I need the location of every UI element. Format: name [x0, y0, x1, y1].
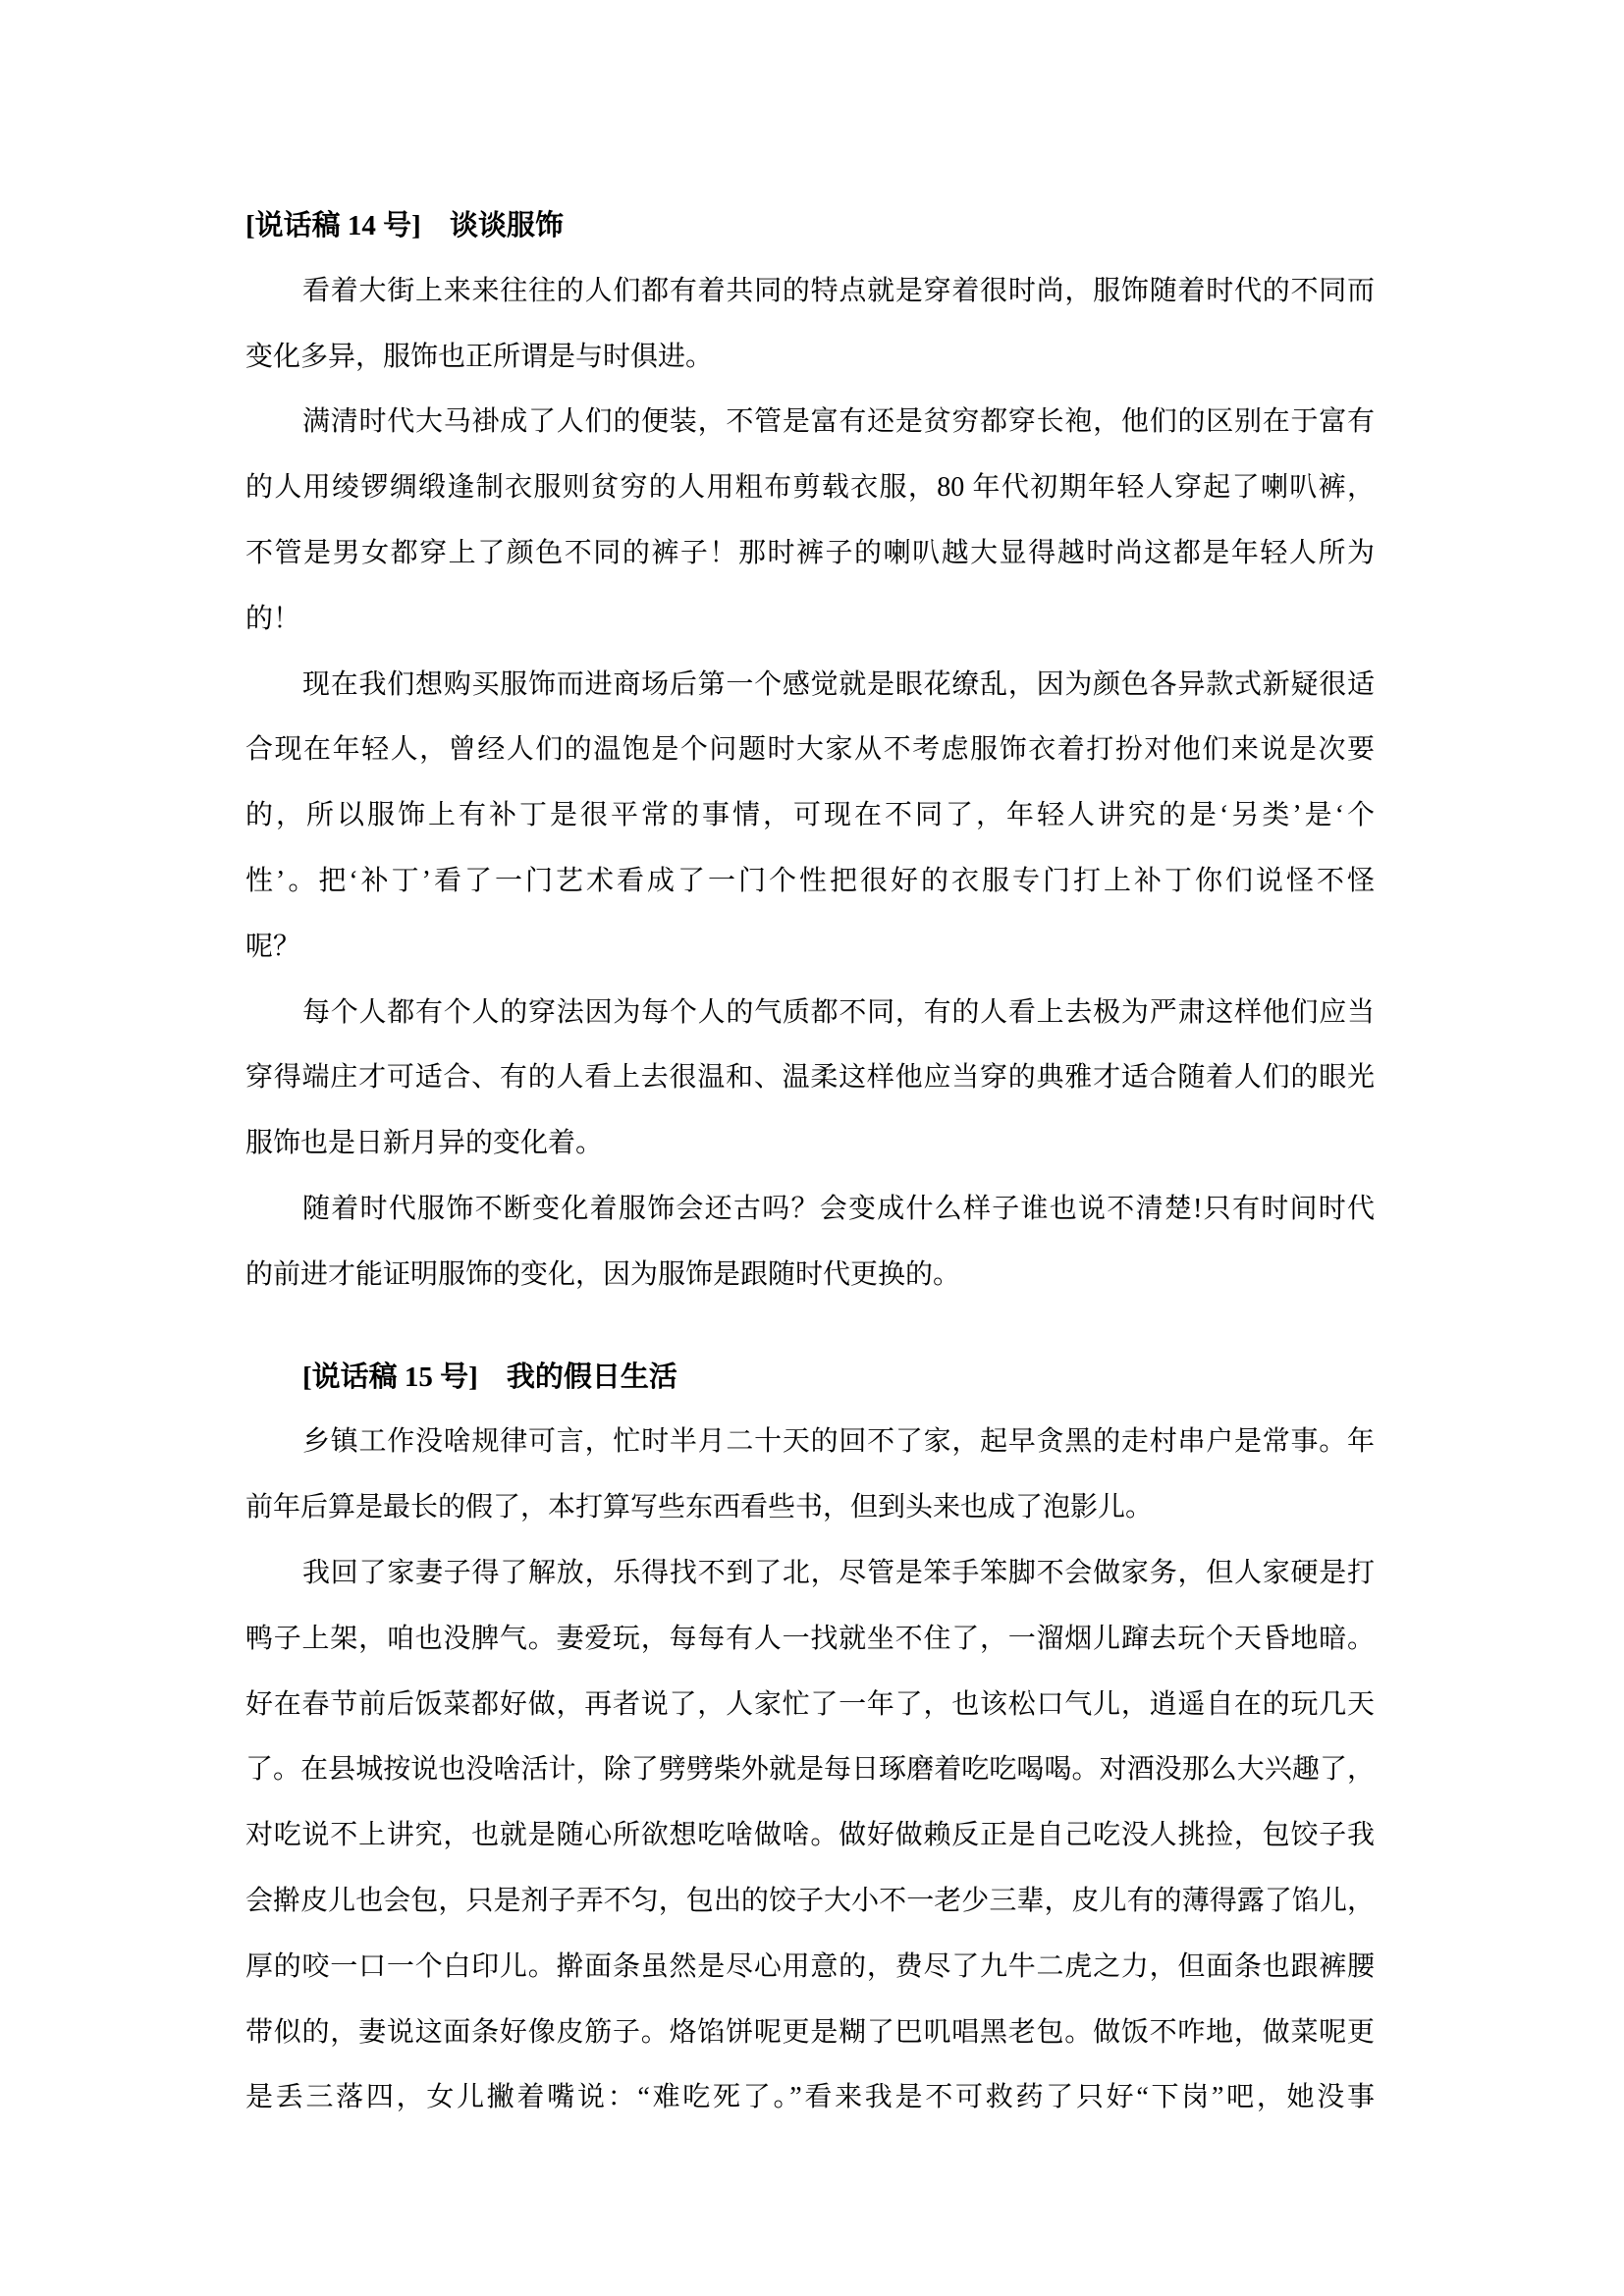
text-line: 随着时代服饰不断变化着服饰会还古吗？会变成什么样子谁也说不清楚!只有时间时代: [245, 1177, 1375, 1243]
text-line: 的，所以服饰上有补丁是很平常的事情，可现在不同了，年轻人讲究的是‘另类’是‘个: [245, 783, 1375, 849]
text-line: 我回了家妻子得了解放，乐得找不到了北，尽管是笨手笨脚不会做家务，但人家硬是打: [245, 1541, 1375, 1607]
text-line: 乡镇工作没啥规律可言，忙时半月二十天的回不了家，起早贪黑的走村串户是常事。年: [245, 1410, 1375, 1475]
text-line: 的人用绫锣绸缎逢制衣服则贫穷的人用粗布剪载衣服，80 年代初期年轻人穿起了喇叭裤…: [245, 455, 1375, 521]
paragraph: 我回了家妻子得了解放，乐得找不到了北，尽管是笨手笨脚不会做家务，但人家硬是打 鸭…: [245, 1541, 1375, 2131]
text-line: 合现在年轻人，曾经人们的温饱是个问题时大家从不考虑服饰衣着打扮对他们来说是次要: [245, 718, 1375, 783]
text-line: 穿得端庄才可适合、有的人看上去很温和、温柔这样他应当穿的典雅才适合随着人们的眼光: [245, 1045, 1375, 1111]
text-line: 厚的咬一口一个白印儿。擀面条虽然是尽心用意的，费尽了九牛二虎之力，但面条也跟裤腰: [245, 1935, 1375, 2001]
text-line: 带似的，妻说这面条好像皮筋子。烙馅饼呢更是糊了巴叽唱黑老包。做饭不咋地，做菜呢更: [245, 2001, 1375, 2066]
text-line: 看着大街上来来往往的人们都有着共同的特点就是穿着很时尚，服饰随着时代的不同而: [245, 259, 1375, 325]
text-line: 服饰也是日新月异的变化着。: [245, 1111, 1375, 1177]
document-page: [说话稿 14 号] 谈谈服饰 看着大街上来来往往的人们都有着共同的特点就是穿着…: [0, 0, 1624, 2296]
text-line: 的！: [245, 587, 1375, 653]
paragraph: 现在我们想购买服饰而进商场后第一个感觉就是眼花缭乱，因为颜色各异款式新疑很适 合…: [245, 653, 1375, 981]
text-line: 了。在县城按说也没啥活计，除了劈劈柴外就是每日琢磨着吃吃喝喝。对酒没那么大兴趣了…: [245, 1737, 1375, 1803]
paragraph: 每个人都有个人的穿法因为每个人的气质都不同，有的人看上去极为严肃这样他们应当 穿…: [245, 981, 1375, 1177]
paragraph: 随着时代服饰不断变化着服饰会还古吗？会变成什么样子谁也说不清楚!只有时间时代 的…: [245, 1177, 1375, 1308]
text-line: 前年后算是最长的假了，本打算写些东西看些书，但到头来也成了泡影儿。: [245, 1475, 1375, 1541]
text-line: 性’。把‘补丁’看了一门艺术看成了一门个性把很好的衣服专门打上补丁你们说怪不怪: [245, 849, 1375, 915]
text-line: 变化多异，服饰也正所谓是与时俱进。: [245, 325, 1375, 391]
text-line: 呢？: [245, 915, 1375, 981]
text-line: 是丢三落四，女儿撇着嘴说：“难吃死了。”看来我是不可救药了只好“下岗”吧，她没事: [245, 2065, 1375, 2131]
text-line: 对吃说不上讲究，也就是随心所欲想吃啥做啥。做好做赖反正是自己吃没人挑捡，包饺子我: [245, 1803, 1375, 1869]
section-14-title: [说话稿 14 号] 谈谈服饰: [245, 193, 1375, 259]
text-line: 每个人都有个人的穿法因为每个人的气质都不同，有的人看上去极为严肃这样他们应当: [245, 981, 1375, 1046]
text-line: 会擀皮儿也会包，只是剂子弄不匀，包出的饺子大小不一老少三辈，皮儿有的薄得露了馅儿…: [245, 1869, 1375, 1935]
section-15-title: [说话稿 15 号] 我的假日生活: [245, 1345, 1375, 1411]
paragraph: 乡镇工作没啥规律可言，忙时半月二十天的回不了家，起早贪黑的走村串户是常事。年 前…: [245, 1410, 1375, 1541]
paragraph: 看着大街上来来往往的人们都有着共同的特点就是穿着很时尚，服饰随着时代的不同而 变…: [245, 259, 1375, 391]
text-line: 现在我们想购买服饰而进商场后第一个感觉就是眼花缭乱，因为颜色各异款式新疑很适: [245, 653, 1375, 719]
paragraph: 满清时代大马褂成了人们的便装，不管是富有还是贫穷都穿长袍，他们的区别在于富有 的…: [245, 390, 1375, 652]
document-content: [说话稿 14 号] 谈谈服饰 看着大街上来来往往的人们都有着共同的特点就是穿着…: [245, 193, 1375, 2131]
text-line: 好在春节前后饭菜都好做，再者说了，人家忙了一年了，也该松口气儿，逍遥自在的玩几天: [245, 1673, 1375, 1738]
text-line: 满清时代大马褂成了人们的便装，不管是富有还是贫穷都穿长袍，他们的区别在于富有: [245, 390, 1375, 455]
text-line: 鸭子上架，咱也没脾气。妻爱玩，每每有人一找就坐不住了，一溜烟儿蹿去玩个天昏地暗。: [245, 1607, 1375, 1673]
text-line: 不管是男女都穿上了颜色不同的裤子！那时裤子的喇叭越大显得越时尚这都是年轻人所为: [245, 521, 1375, 587]
text-line: 的前进才能证明服饰的变化，因为服饰是跟随时代更换的。: [245, 1243, 1375, 1308]
